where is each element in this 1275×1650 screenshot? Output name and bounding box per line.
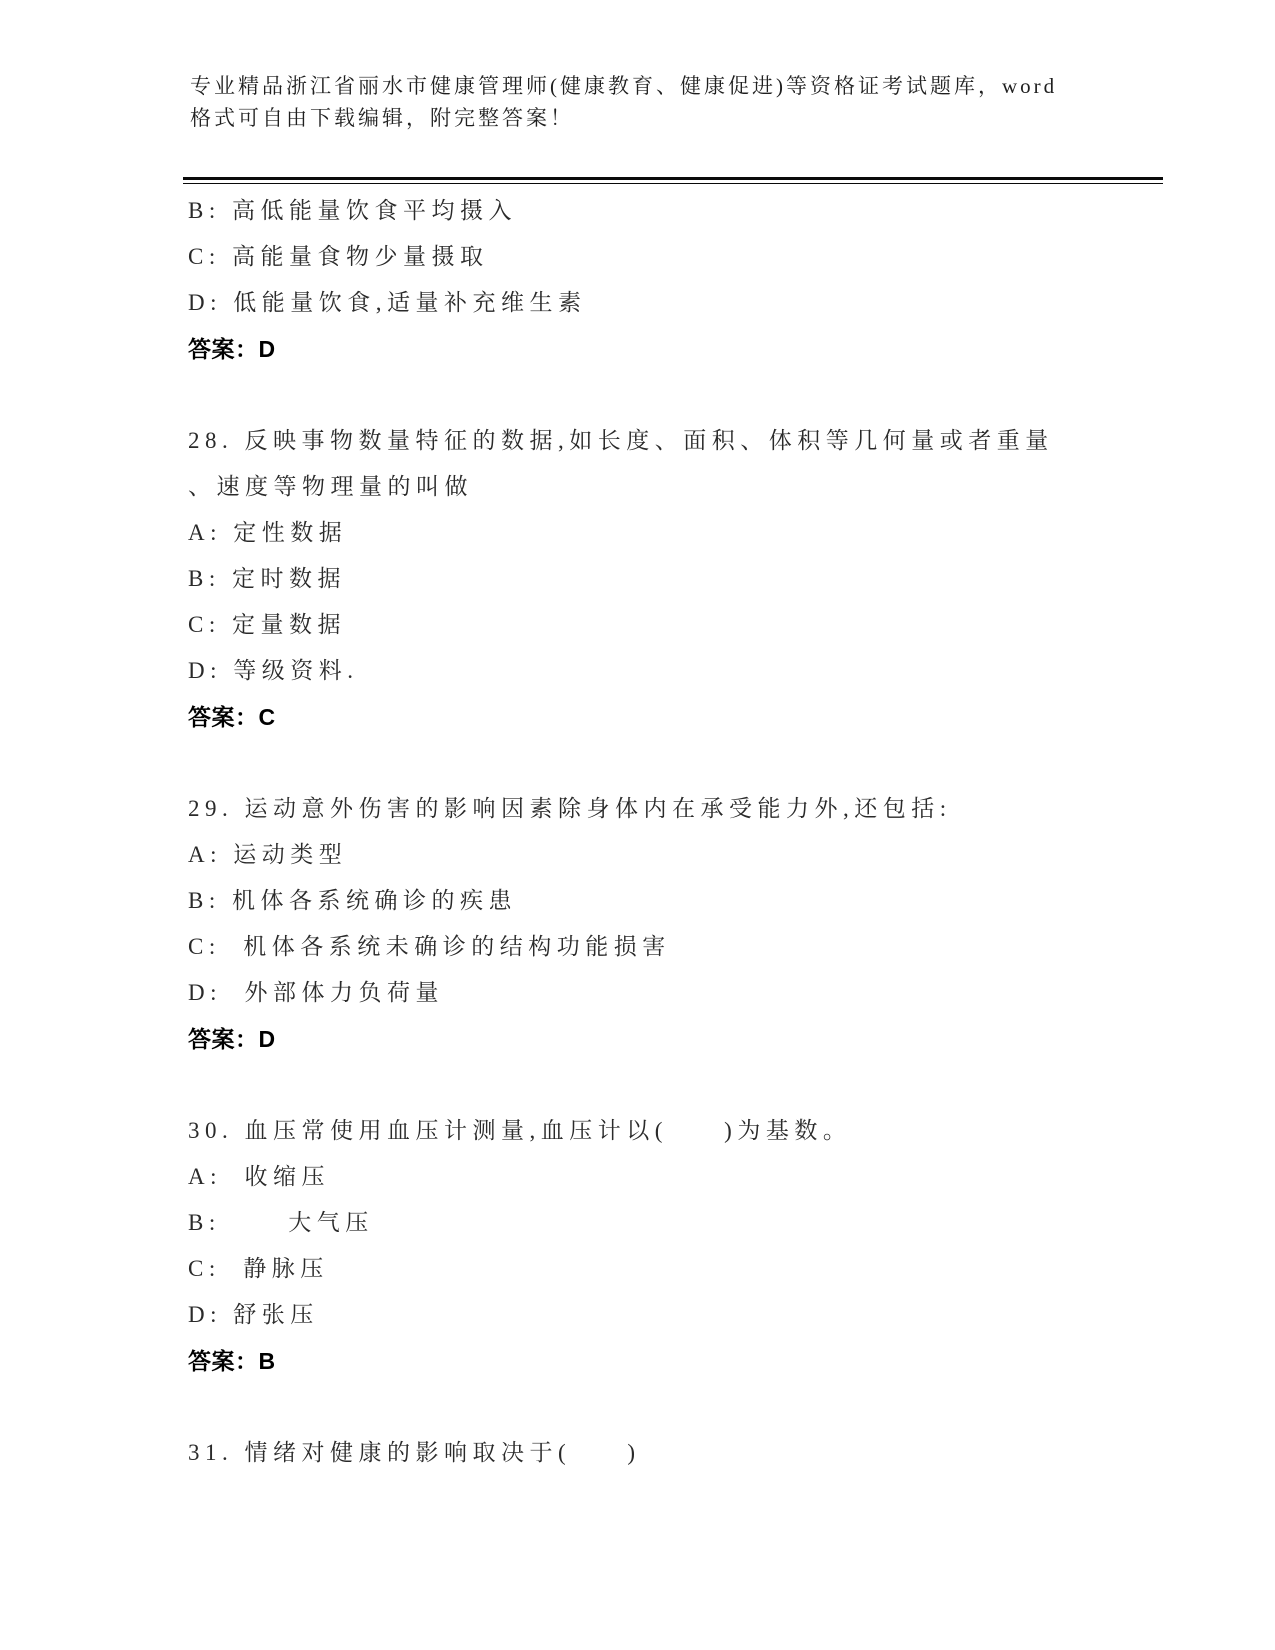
question-block-28: 28. 反映事物数量特征的数据,如长度、面积、体积等几何量或者重量 、速度等物理… [188,418,1148,740]
option: A: 收缩压 [188,1154,1148,1200]
question-text: 、速度等物理量的叫做 [188,464,1148,510]
option: C: 静脉压 [188,1246,1148,1292]
question-text: 30. 血压常使用血压计测量,血压计以( )为基数。 [188,1108,1148,1154]
question-list: B: 高低能量饮食平均摄入 C: 高能量食物少量摄取 D: 低能量饮食,适量补充… [188,188,1148,1476]
option: C: 高能量食物少量摄取 [188,234,1148,280]
answer-value: D [259,336,276,362]
answer-line: 答案：C [188,694,1148,740]
answer-label: 答案： [188,1348,259,1374]
option: B: 机体各系统确诊的疾患 [188,878,1148,924]
header-line-2: 格式可自由下载编辑，附完整答案！ [190,102,1190,134]
answer-label: 答案： [188,1026,259,1052]
question-text: 28. 反映事物数量特征的数据,如长度、面积、体积等几何量或者重量 [188,418,1148,464]
option: D: 外部体力负荷量 [188,970,1148,1016]
answer-line: 答案：D [188,1016,1148,1062]
option: B: 定时数据 [188,556,1148,602]
answer-line: 答案：D [188,326,1148,372]
option: B: 大气压 [188,1200,1148,1246]
answer-value: C [259,704,276,730]
option: A: 定性数据 [188,510,1148,556]
question-text: 29. 运动意外伤害的影响因素除身体内在承受能力外,还包括: [188,786,1148,832]
option: D: 等级资料. [188,648,1148,694]
question-block-continued: B: 高低能量饮食平均摄入 C: 高能量食物少量摄取 D: 低能量饮食,适量补充… [188,188,1148,372]
option: B: 高低能量饮食平均摄入 [188,188,1148,234]
question-block-30: 30. 血压常使用血压计测量,血压计以( )为基数。 A: 收缩压 B: 大气压… [188,1108,1148,1384]
document-page: 专业精品浙江省丽水市健康管理师(健康教育、健康促进)等资格证考试题库，word … [0,0,1275,1650]
header-line-1: 专业精品浙江省丽水市健康管理师(健康教育、健康促进)等资格证考试题库，word [190,70,1190,102]
option: C: 机体各系统未确诊的结构功能损害 [188,924,1148,970]
page-header: 专业精品浙江省丽水市健康管理师(健康教育、健康促进)等资格证考试题库，word … [190,70,1190,134]
question-block-31: 31. 情绪对健康的影响取决于( ) [188,1430,1148,1476]
answer-label: 答案： [188,336,259,362]
answer-value: B [259,1348,276,1374]
option: D: 低能量饮食,适量补充维生素 [188,280,1148,326]
answer-line: 答案：B [188,1338,1148,1384]
answer-value: D [259,1026,276,1052]
question-text: 31. 情绪对健康的影响取决于( ) [188,1430,1148,1476]
answer-label: 答案： [188,704,259,730]
question-block-29: 29. 运动意外伤害的影响因素除身体内在承受能力外,还包括: A: 运动类型 B… [188,786,1148,1062]
option: A: 运动类型 [188,832,1148,878]
option: D: 舒张压 [188,1292,1148,1338]
header-divider [183,177,1163,184]
option: C: 定量数据 [188,602,1148,648]
